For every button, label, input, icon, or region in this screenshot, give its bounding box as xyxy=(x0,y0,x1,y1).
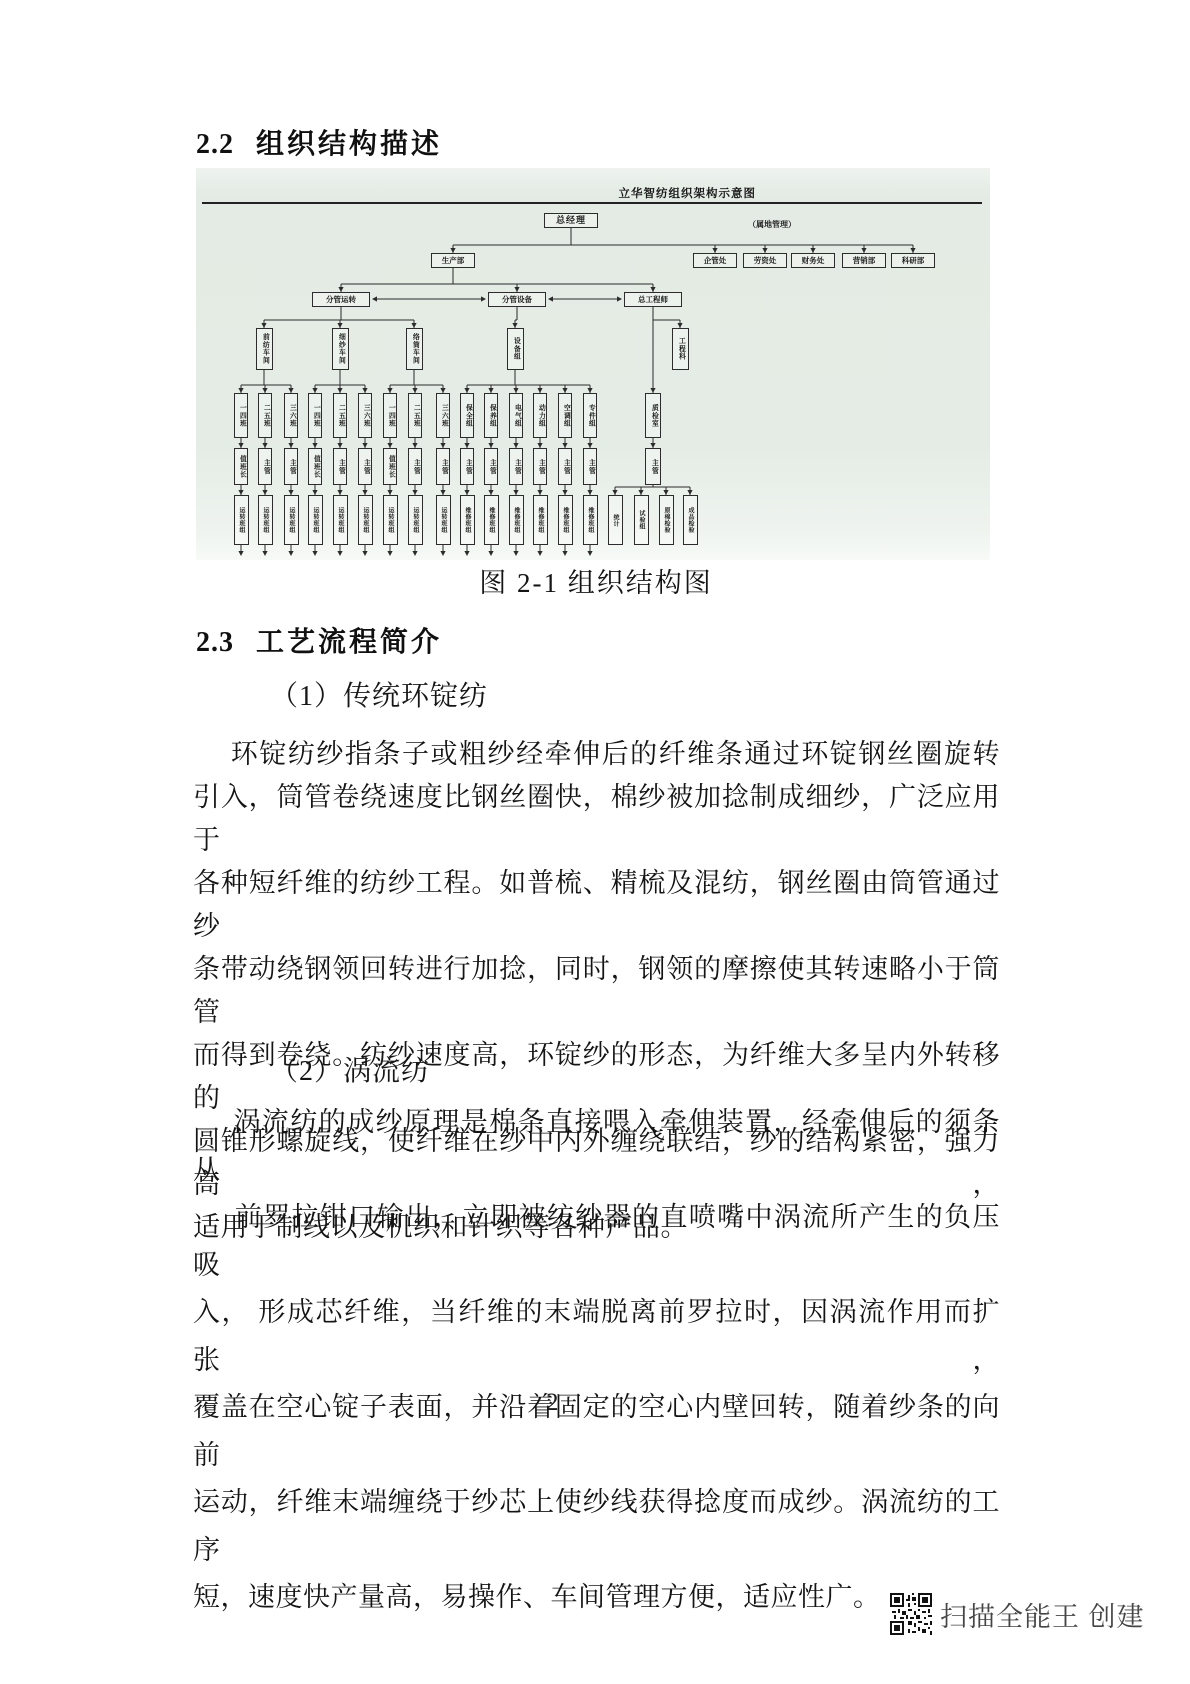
org-node: 分管设备 xyxy=(488,292,546,307)
org-node: 主管 xyxy=(284,448,298,485)
org-node: 专件组 xyxy=(583,393,597,438)
org-node: 主管 xyxy=(509,448,523,485)
org-node: 保全组 xyxy=(460,393,474,438)
org-node: 维修班组 xyxy=(558,495,573,545)
org-node: 分管运转 xyxy=(312,292,370,307)
org-node: 成品检验 xyxy=(683,495,698,545)
org-node: 工程科 xyxy=(672,328,689,370)
org-node: 主管 xyxy=(533,448,547,485)
org-node: 运转班组 xyxy=(333,495,348,545)
figure-caption: 图 2-1 组织结构图 xyxy=(196,561,996,600)
org-node: 统计 xyxy=(608,495,623,545)
subsection-heading-1: （1）传统环锭纺 xyxy=(270,674,488,714)
subsection-heading-2: （2）涡流纺 xyxy=(270,1049,430,1089)
org-node: 运转班组 xyxy=(408,495,423,545)
org-node: 运转班组 xyxy=(358,495,373,545)
org-node: 财务处 xyxy=(791,253,835,268)
org-node: 总经理 xyxy=(544,213,598,228)
section-number: 2.2 xyxy=(196,129,234,160)
org-node: 运转班组 xyxy=(258,495,273,545)
paragraph-line: 条带动绕钢领回转进行加捻，同时，钢领的摩擦使其转速略小于筒管 xyxy=(193,948,1000,1034)
paragraph-line: 前罗拉钳口输出，立即被纺纱器的直喷嘴中涡流所产生的负压吸 xyxy=(193,1194,1000,1289)
org-node: 值班长 xyxy=(308,448,322,485)
org-node: 一四班 xyxy=(308,393,322,438)
org-node: 主管 xyxy=(258,448,272,485)
org-node: 主管 xyxy=(358,448,372,485)
org-node: 运转班组 xyxy=(308,495,323,545)
org-node: 维修班组 xyxy=(583,495,598,545)
section-title: 工艺流程简介 xyxy=(256,627,442,658)
org-node: 值班长 xyxy=(383,448,397,485)
org-node: 运转班组 xyxy=(234,495,249,545)
org-node: 运转班组 xyxy=(284,495,299,545)
org-node: 设备组 xyxy=(507,328,524,370)
org-node: 试验组 xyxy=(634,495,649,545)
org-node: 主管 xyxy=(583,448,597,485)
org-node: 主管 xyxy=(333,448,347,485)
paragraph-vortex-spinning: 涡流纺的成纱原理是棉条直接喂入牵伸装置，经牵伸后的须条从前罗拉钳口输出，立即被纺… xyxy=(193,1099,1000,1622)
figure-organization-chart: 立华智纺组织架构示意图 （属地管理） 总经理生产部企管处劳资处财务处营销部科研部… xyxy=(196,168,990,560)
scanner-app-label: 扫描全能王 创建 xyxy=(940,1595,1145,1634)
org-node: 动力组 xyxy=(533,393,547,438)
org-node: 主管 xyxy=(460,448,474,485)
section-heading-2-3: 2.3工艺流程简介 xyxy=(196,620,442,660)
org-node: 总工程师 xyxy=(624,292,682,307)
paragraph-line: 短，速度快产量高，易操作、车间管理方便，适应性广。 xyxy=(193,1574,1000,1622)
org-node: 生产部 xyxy=(431,253,475,268)
org-node: 主管 xyxy=(484,448,498,485)
paragraph-line: 环锭纺纱指条子或粗纱经牵伸后的纤维条通过环锭钢丝圈旋转 xyxy=(193,733,1000,776)
paragraph-line: 入， 形成芯纤维，当纤维的末端脱离前罗拉时，因涡流作用而扩张， xyxy=(193,1289,1000,1384)
org-node: 空调组 xyxy=(558,393,572,438)
section-number: 2.3 xyxy=(196,627,234,658)
org-node: 维修班组 xyxy=(460,495,475,545)
org-node: 一四班 xyxy=(383,393,397,438)
org-node: 运转班组 xyxy=(383,495,398,545)
section-title: 组织结构描述 xyxy=(256,129,442,160)
document-page: 2.2组织结构描述 立华智纺组织架构示意图 （属地管理） 总经理生产部企管处劳资… xyxy=(0,0,1190,1684)
org-node: 电气组 xyxy=(509,393,523,438)
org-node: 络筒车间 xyxy=(406,328,423,370)
org-node: 维修班组 xyxy=(533,495,548,545)
section-heading-2-2: 2.2组织结构描述 xyxy=(196,122,442,162)
org-node: 三六班 xyxy=(436,393,450,438)
org-node: 维修班组 xyxy=(484,495,499,545)
org-node: 主管 xyxy=(558,448,572,485)
scanner-watermark: 扫描全能王 创建 xyxy=(890,1593,1145,1635)
org-node: 主管 xyxy=(408,448,422,485)
org-node: 质检室 xyxy=(645,393,661,438)
org-node: 主管 xyxy=(645,448,661,485)
org-node: 三六班 xyxy=(358,393,372,438)
org-node: 企管处 xyxy=(693,253,737,268)
org-node: 保养组 xyxy=(484,393,498,438)
qr-code-icon xyxy=(890,1593,932,1635)
org-node: 细纱车间 xyxy=(332,328,349,370)
org-node: 三六班 xyxy=(284,393,298,438)
org-node: 科研部 xyxy=(891,253,935,268)
org-node: 劳资处 xyxy=(743,253,787,268)
org-node: 营销部 xyxy=(842,253,886,268)
page-number: 2 xyxy=(546,1389,559,1417)
org-node: 一四班 xyxy=(234,393,248,438)
org-node: 维修班组 xyxy=(509,495,524,545)
paragraph-line: 引入，筒管卷绕速度比钢丝圈快，棉纱被加捻制成细纱，广泛应用于 xyxy=(193,776,1000,862)
org-node: 主管 xyxy=(436,448,450,485)
paragraph-line: 各种短纤维的纺纱工程。如普梳、精梳及混纺，钢丝圈由筒管通过纱 xyxy=(193,862,1000,948)
org-node: 二五班 xyxy=(408,393,422,438)
org-node: 二五班 xyxy=(258,393,272,438)
org-node: 前纺车间 xyxy=(256,328,273,370)
paragraph-line: 涡流纺的成纱原理是棉条直接喂入牵伸装置，经牵伸后的须条从 xyxy=(193,1099,1000,1194)
paragraph-line: 覆盖在空心锭子表面，并沿着固定的空心内壁回转，随着纱条的向前 xyxy=(193,1384,1000,1479)
org-node: 值班长 xyxy=(234,448,248,485)
org-node: 二五班 xyxy=(333,393,347,438)
org-node: 运转班组 xyxy=(436,495,451,545)
org-node: 原棉检验 xyxy=(659,495,674,545)
paragraph-line: 运动，纤维末端缠绕于纱芯上使纱线获得捻度而成纱。涡流纺的工序 xyxy=(193,1479,1000,1574)
